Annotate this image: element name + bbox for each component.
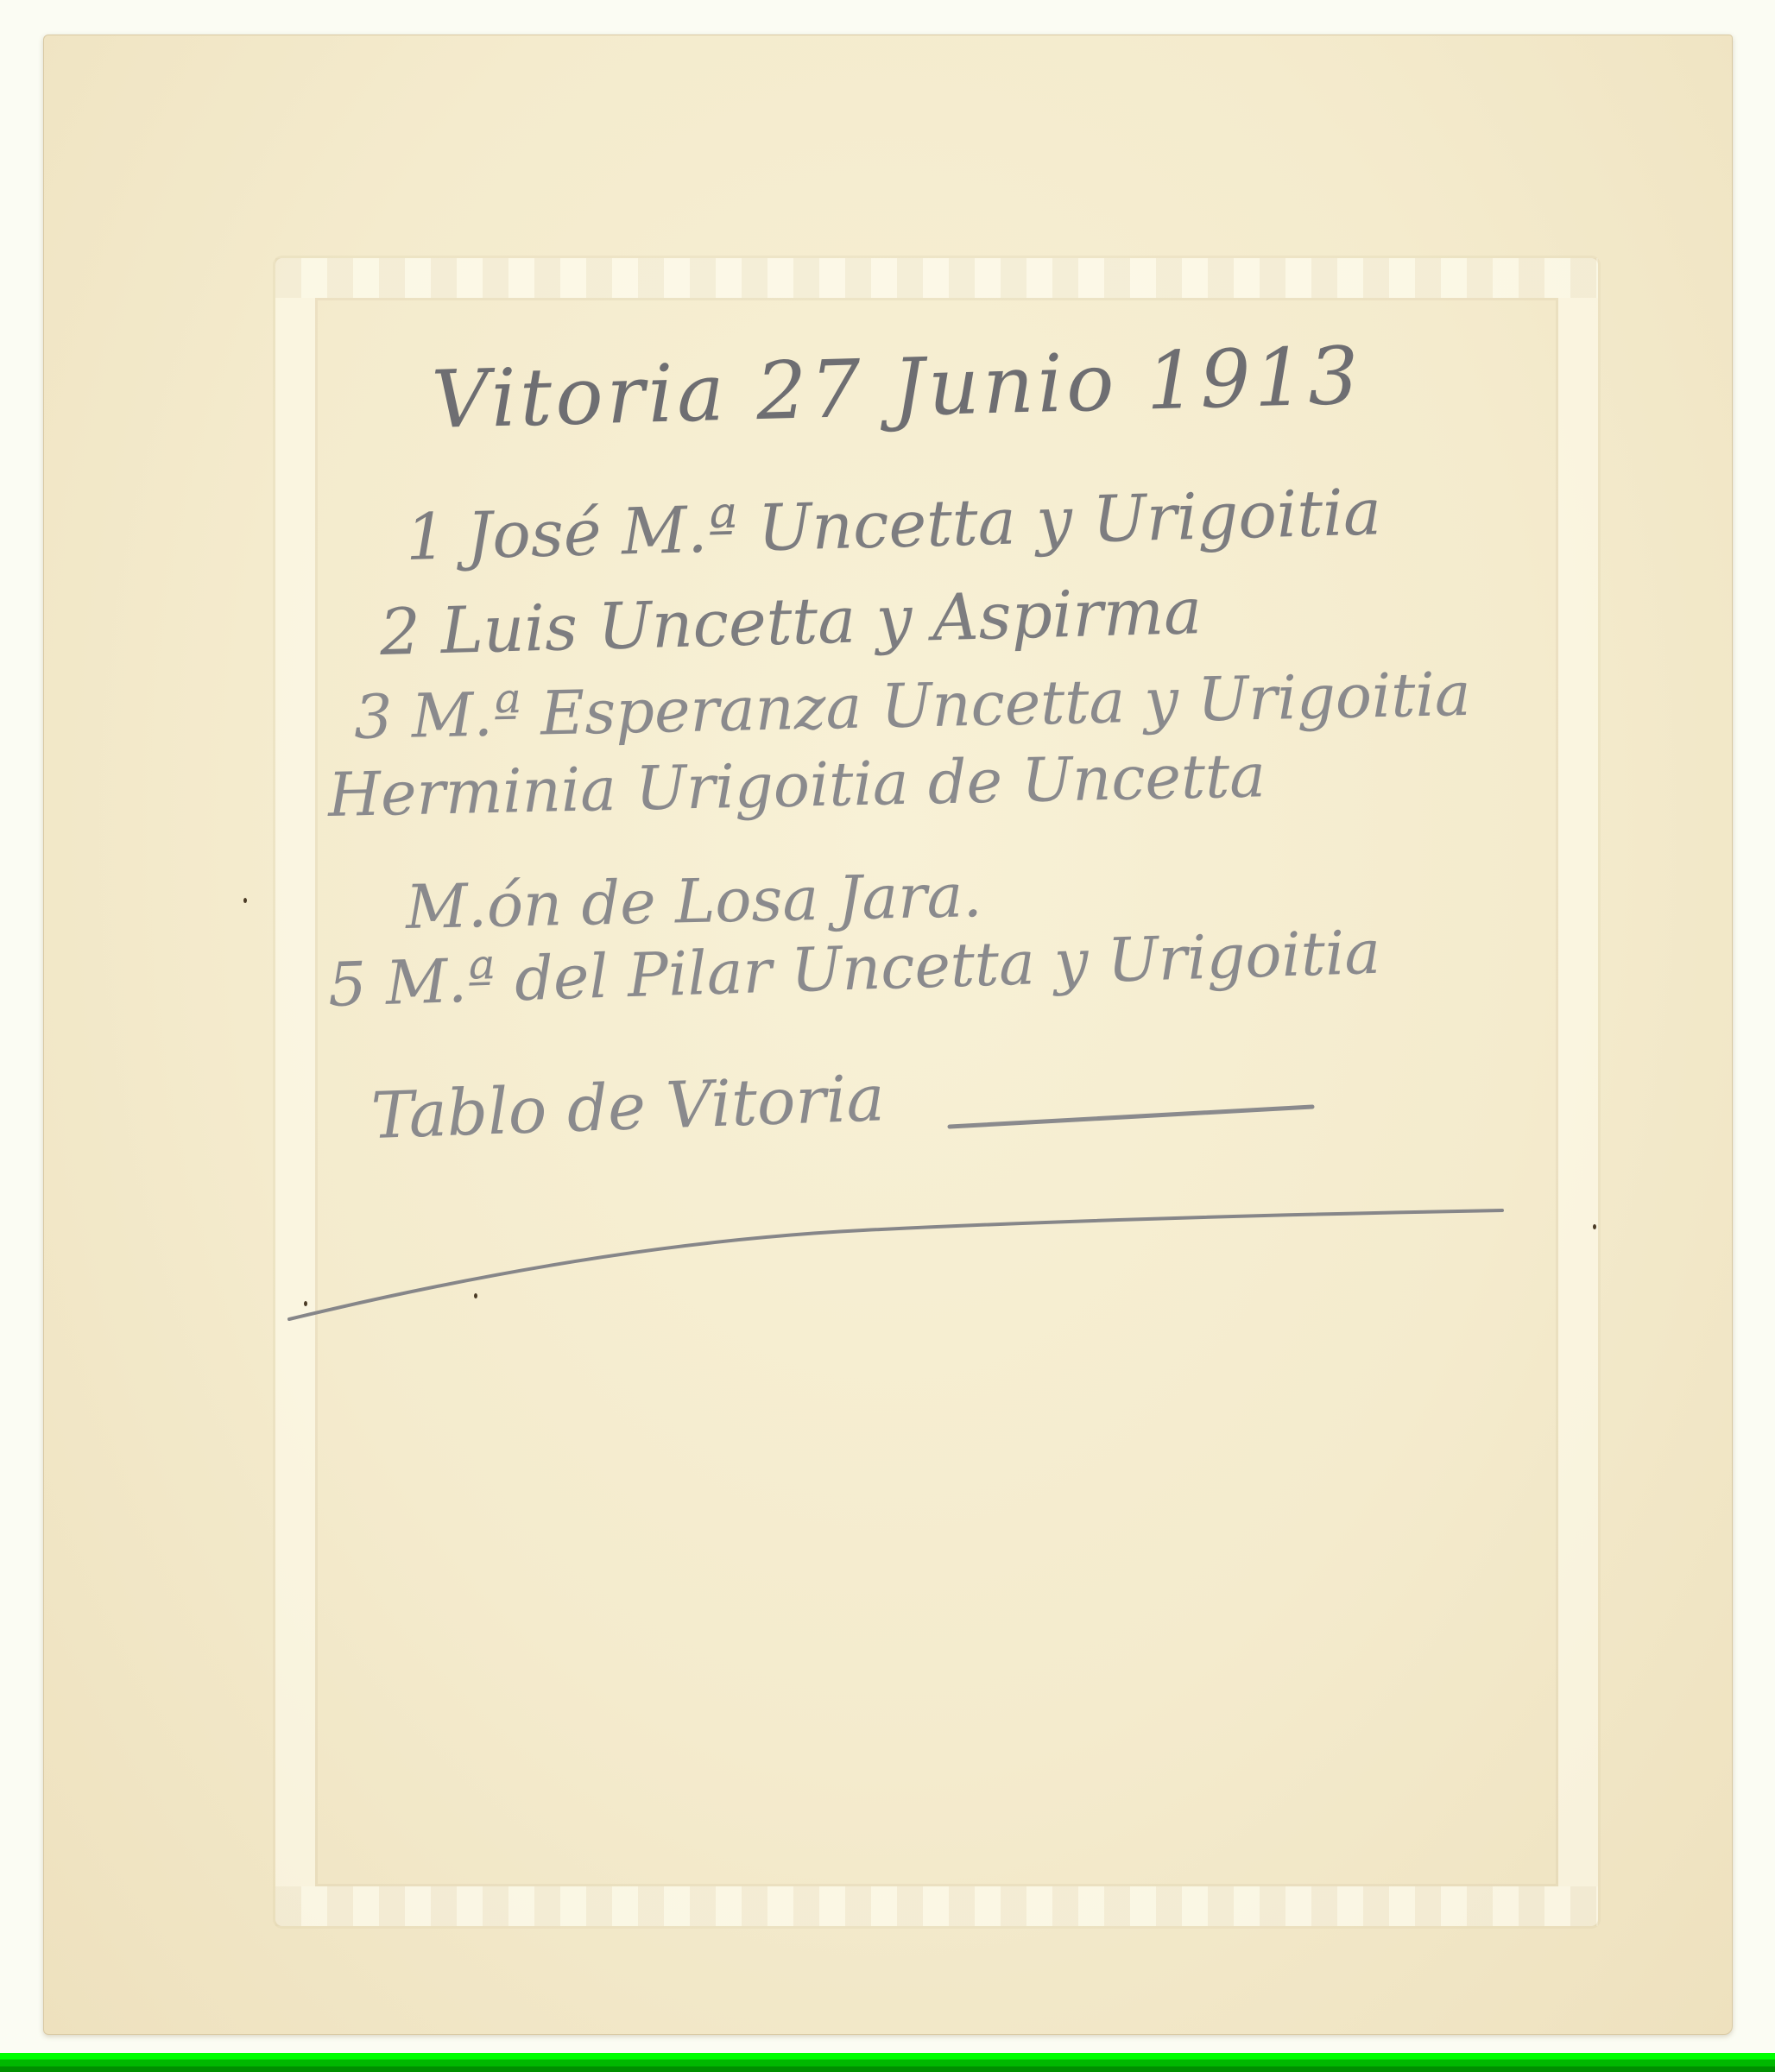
list-line-4-continued: M.ón de Losa Jara. [405,860,982,943]
card-mount [43,35,1733,2035]
paper-speck [243,898,247,903]
bottom-status-bar [0,2053,1775,2072]
paper-speck [474,1293,477,1298]
paper-speck [304,1301,307,1306]
paper-speck [1593,1224,1596,1229]
